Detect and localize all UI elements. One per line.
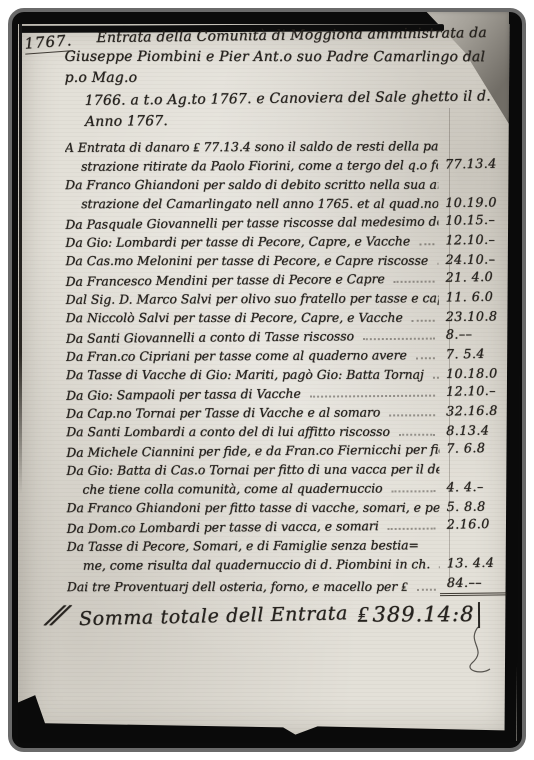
entry-line-text: Da Francesco Mendini per tasse di Pecore… (65, 269, 438, 291)
dotted-leader (388, 526, 436, 530)
entry-lines: Da Santi Lombardi a conto del di lui aff… (66, 422, 439, 441)
entry-line-text: Da Gio: Batta di Cas.o Tornai per fitto … (66, 459, 439, 480)
entry-amount: 13. 4.4 (440, 554, 507, 574)
entry-line-text: Da Tasse di Pecore, Somari, e di Famigli… (67, 535, 440, 556)
dotted-leader (392, 488, 436, 492)
entry-lines: Da Dom.co Lombardi per tasse di vacca, e… (67, 516, 440, 538)
dotted-leader (433, 375, 439, 379)
entry-amount: 12.10.– (439, 382, 506, 402)
entry-line-text: Da Santi Giovannelli a conto di Tasse ri… (66, 326, 439, 348)
entry-amount: 84.–– (440, 573, 507, 596)
entry-line-text: Da Cas.mo Melonini per tasse di Pecore, … (65, 251, 438, 270)
dotted-leader (416, 355, 435, 359)
entry-lines: Da Francesco Mendini per tasse di Pecore… (65, 269, 438, 291)
entry-amount: 10.15.– (438, 211, 505, 231)
entry-lines: Da Franco Ghiandoni per saldo di debito … (65, 175, 438, 213)
entry-line-text: Da Franco Ghiandoni per saldo di debito … (65, 175, 438, 194)
ledger-content: 1767. Entrata della Comunità di Moggiona… (18, 25, 507, 739)
ledger-entry: Da Gio: Sampaoli per tassa di Vacche 12.… (66, 382, 506, 405)
entry-lines: Da Niccolò Salvi per tasse di Pecore, Ca… (66, 308, 439, 327)
ledger-entry: Da Dom.co Lombardi per tasse di vacca, e… (67, 515, 507, 538)
ledger-entry: Da Santi Giovannelli a conto di Tasse ri… (66, 325, 506, 348)
entry-lines: Da Fran.co Cipriani per tasse come al qu… (66, 345, 439, 366)
entry-amount: 7. 6.8 (439, 439, 506, 459)
ledger-entry: Da Gio: Lombardi per tasse di Pecore, Ca… (65, 231, 505, 252)
entry-line-text: Da Cap.no Tornai per Tasse di Vacche e a… (66, 402, 439, 423)
entry-line-text: Dai tre Proventuarj dell osteria, forno,… (67, 577, 440, 596)
ledger-entry: Da Franco Ghiandoni per saldo di debito … (65, 175, 505, 213)
dotted-leader (389, 412, 435, 416)
entry-amount: 4. 4.– (439, 478, 506, 498)
entry-lines: Da Tasse di Vacche di Gio: Mariti, pagò … (66, 365, 439, 384)
scan-frame: 1767. Entrata della Comunità di Moggiona… (8, 8, 526, 752)
entry-lines: Da Gio: Batta di Cas.o Tornai per fitto … (66, 459, 439, 499)
ledger-header: Entrata della Comunità di Moggiona ammin… (18, 25, 504, 132)
entry-amount: 32.16.8 (439, 402, 506, 422)
ledger-entry: Dal Sig. D. Marco Salvi per olivo suo fr… (66, 288, 506, 309)
total-row: // Somma totale dell Entrata ₤ 389.14:8 (21, 598, 507, 630)
ledger-entry: Dai tre Proventuarj dell osteria, forno,… (67, 574, 507, 596)
ledger-entry: Da Cap.no Tornai per Tasse di Vacche e a… (66, 402, 506, 423)
entry-lines: Da Franco Ghiandoni per fitto tasse di v… (67, 498, 440, 517)
entry-amount: 8.–– (439, 325, 506, 345)
dotted-leader (310, 393, 435, 398)
entry-amount: 11. 6.0 (438, 288, 505, 308)
entry-line-text: che tiene colla comunità, come al quader… (66, 478, 439, 499)
ledger-entry: Da Gio: Batta di Cas.o Tornai per fitto … (66, 459, 506, 499)
entry-lines: Da Gio: Sampaoli per tassa di Vacche (66, 383, 439, 405)
entry-line-text: Da Fran.co Cipriani per tasse come al qu… (66, 345, 439, 366)
dotted-leader (412, 318, 435, 322)
entry-line-text: Da Niccolò Salvi per tasse di Pecore, Ca… (66, 308, 439, 327)
entry-lines: A Entrata di danaro ₤ 77.13.4 sono il sa… (65, 136, 438, 176)
entry-line-text: Da Dom.co Lombardi per tasse di vacca, e… (67, 516, 440, 538)
entry-line-text: Da Pasquale Giovannelli per tasse riscos… (65, 212, 438, 234)
total-label: Somma totale dell Entrata (78, 602, 347, 630)
ledger-entry: Da Francesco Mendini per tasse di Pecore… (65, 268, 505, 291)
dotted-leader (416, 587, 435, 591)
dotted-leader (419, 241, 434, 245)
ledger-entry: Da Tasse di Vacche di Gio: Mariti, pagò … (66, 365, 506, 384)
total-amount: 389.14:8 (370, 602, 480, 628)
entries-list: A Entrata di danaro ₤ 77.13.4 sono il sa… (19, 136, 507, 597)
ledger-entry: Da Fran.co Cipriani per tasse come al qu… (66, 345, 506, 366)
entry-lines: Da Cas.mo Melonini per tasse di Pecore, … (65, 251, 438, 270)
entry-amount: 21. 4.0 (438, 268, 505, 288)
lira-currency-symbol: ₤ (357, 602, 368, 628)
entry-line-text: Da Franco Ghiandoni per fitto tasse di v… (67, 498, 440, 517)
entry-lines: Dai tre Proventuarj dell osteria, forno,… (67, 577, 440, 596)
entry-amount: 2.16.0 (439, 515, 506, 535)
entry-line-text: strazione del Camarlingato nell anno 176… (65, 194, 438, 213)
ledger-entry: Da Franco Ghiandoni per fitto tasse di v… (67, 498, 507, 517)
entry-lines: Dal Sig. D. Marco Salvi per olivo suo fr… (66, 288, 439, 309)
entry-lines: Da Cap.no Tornai per Tasse di Vacche e a… (66, 402, 439, 423)
ledger-entry: Da Niccolò Salvi per tasse di Pecore, Ca… (66, 308, 506, 327)
entry-lines: Da Santi Giovannelli a conto di Tasse ri… (66, 326, 439, 348)
ledger-entry: Da Michele Ciannini per fide, e da Fran.… (66, 439, 506, 462)
entry-line-text: Da Gio: Sampaoli per tassa di Vacche (66, 383, 439, 405)
ledger-entry: Da Cas.mo Melonini per tasse di Pecore, … (65, 251, 505, 270)
double-slash-mark: // (43, 600, 70, 629)
entry-lines: Da Pasquale Giovannelli per tasse riscos… (65, 212, 438, 234)
header-line-2: Giuseppe Piombini e Pier Ant.o suo Padre… (19, 47, 505, 89)
ledger-entry: Da Pasquale Giovannelli per tasse riscos… (65, 211, 505, 234)
ledger-entry: Da Santi Lombardi a conto del di lui aff… (66, 422, 506, 441)
entry-lines: Da Michele Ciannini per fide, e da Fran.… (66, 440, 439, 462)
dotted-leader (363, 336, 435, 341)
entry-lines: Da Gio: Lombardi per tasse di Pecore, Ca… (65, 231, 438, 252)
entry-line-text: strazione ritirate da Paolo Fiorini, com… (65, 155, 438, 176)
entry-amount: 77.13.4 (438, 155, 505, 175)
ledger-entry: Da Tasse di Pecore, Somari, e di Famigli… (67, 535, 507, 575)
entry-line-text: Da Michele Ciannini per fide, e da Fran.… (66, 440, 439, 462)
dotted-leader (394, 279, 435, 283)
dotted-leader (399, 432, 435, 436)
entry-line-text: Da Santi Lombardi a conto del di lui aff… (66, 422, 439, 441)
entry-lines: Da Tasse di Pecore, Somari, e di Famigli… (67, 535, 440, 575)
entry-line-text: A Entrata di danaro ₤ 77.13.4 sono il sa… (65, 136, 438, 157)
entry-line-text: Da Gio: Lombardi per tasse di Pecore, Ca… (65, 231, 438, 252)
entry-line-text: me, come risulta dal quadernuccio di d. … (67, 554, 440, 575)
entry-line-text: Da Tasse di Vacche di Gio: Mariti, pagò … (66, 365, 439, 384)
entry-amount: 12.10.– (438, 231, 505, 251)
entry-line-text: Dal Sig. D. Marco Salvi per olivo suo fr… (66, 288, 439, 309)
ledger-entry: A Entrata di danaro ₤ 77.13.4 sono il sa… (65, 136, 505, 176)
header-line-3: 1766. a t.o Ag.to 1767. e Canoviera del … (19, 86, 505, 134)
entry-amount: 7. 5.4 (439, 345, 506, 365)
scanned-ledger-page: 1767. Entrata della Comunità di Moggiona… (0, 0, 534, 760)
